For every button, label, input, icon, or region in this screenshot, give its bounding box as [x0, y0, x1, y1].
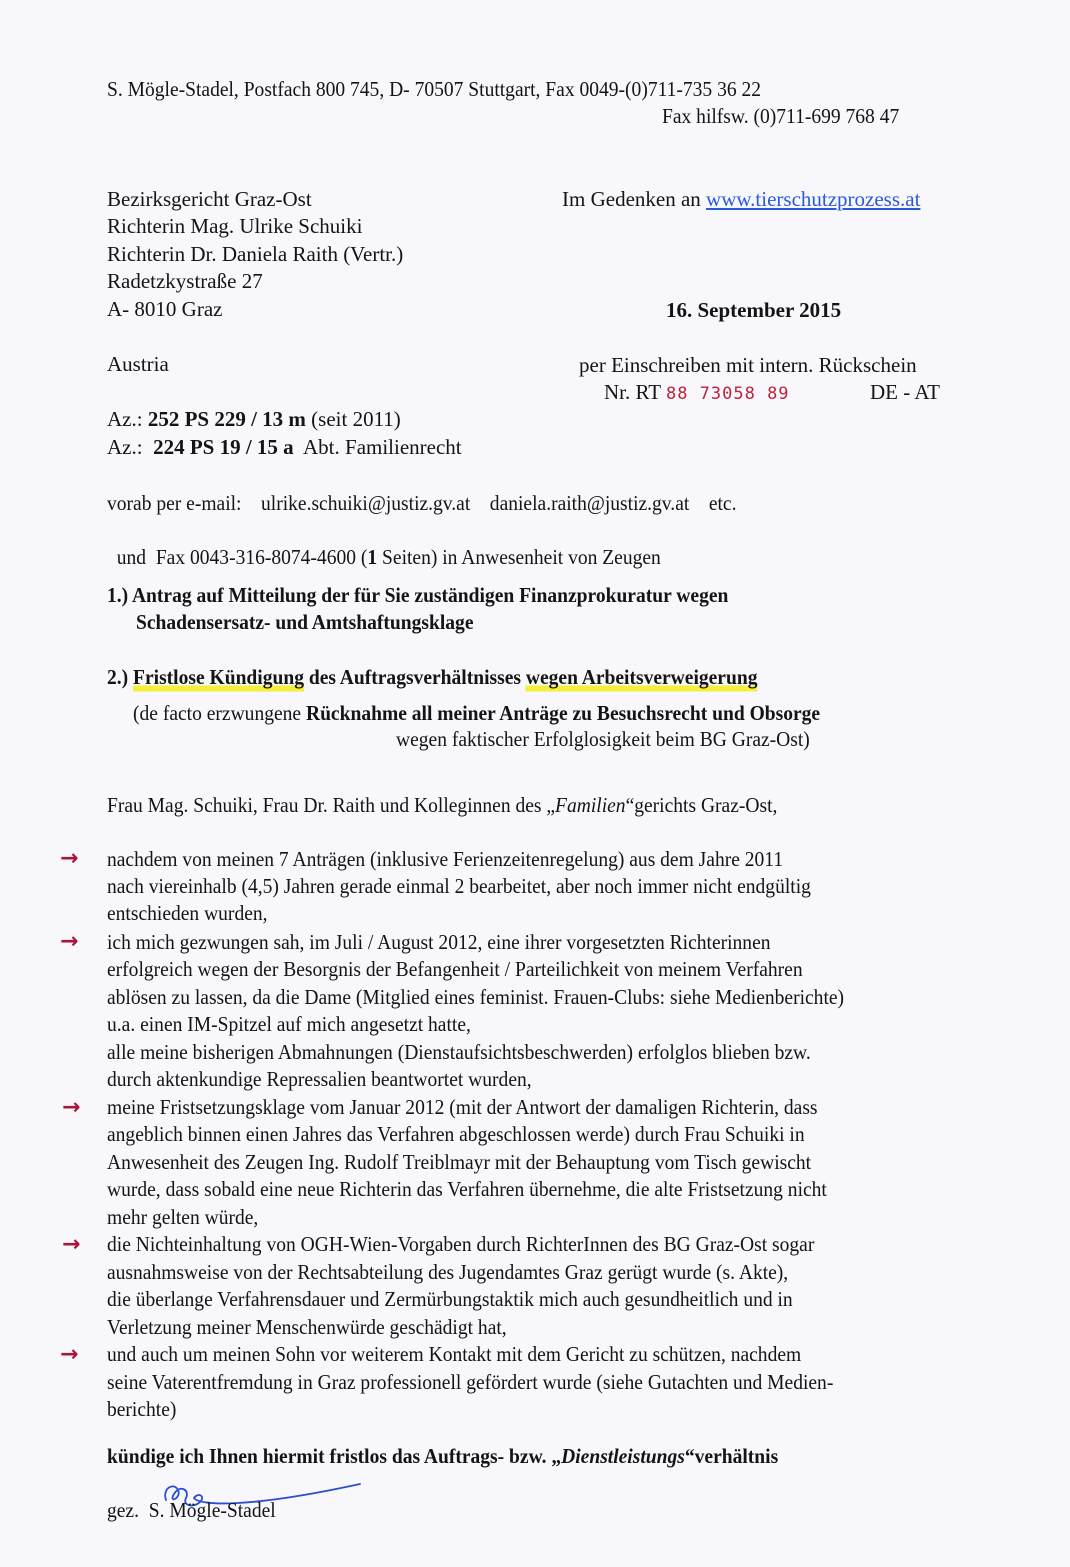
memorial-line: Im Gedenken an www.tierschutzprozess.at	[562, 186, 920, 213]
closing-statement: kündige ich Ihnen hiermit fristlos das A…	[107, 1443, 778, 1470]
case-ref-number: 224 PS 19 / 15 a	[153, 435, 294, 459]
arrow-icon: →	[62, 1094, 80, 1121]
preface-fax: und Fax 0043-316-8074-4600 (1 Seiten) in…	[107, 517, 661, 571]
delivery-route: DE - AT	[870, 379, 940, 406]
closing-b: “verhältnis	[685, 1444, 778, 1468]
subject-2-note-prefix: (de facto erzwungene	[133, 701, 306, 725]
page-count: 1	[367, 545, 377, 569]
recipient-line: Radetzkystraße 27	[107, 268, 263, 295]
body-line: ich mich gezwungen sah, im Juli / August…	[107, 929, 771, 956]
preface-email: vorab per e-mail: ulrike.schuiki@justiz.…	[107, 490, 736, 517]
body-line: ablösen zu lassen, da die Dame (Mitglied…	[107, 984, 844, 1011]
body-line: mehr gelten würde,	[107, 1204, 258, 1231]
case-ref-suffix: Abt. Familienrecht	[294, 435, 462, 459]
recipient-line: Richterin Dr. Daniela Raith (Vertr.)	[107, 241, 403, 268]
subject-1-line1: 1.) Antrag auf Mitteilung der für Sie zu…	[107, 582, 728, 609]
body-line: wurde, dass sobald eine neue Richterin d…	[107, 1176, 827, 1203]
salutation: Frau Mag. Schuiki, Frau Dr. Raith und Ko…	[107, 792, 777, 819]
body-line: u.a. einen IM-Spitzel auf mich angesetzt…	[107, 1011, 471, 1038]
body-line: alle meine bisherigen Abmahnungen (Diens…	[107, 1039, 811, 1066]
delivery-method: per Einschreiben mit intern. Rückschein	[579, 352, 917, 379]
recipient-line: A- 8010 Graz	[107, 296, 222, 323]
body-line: Verletzung meiner Menschenwürde geschädi…	[107, 1314, 507, 1341]
body-line: nachdem von meinen 7 Anträgen (inklusive…	[107, 846, 783, 873]
highlight-arbeitsverweigerung: wegen Arbeitsverweigerung	[526, 665, 758, 692]
body-line: durch aktenkundige Repressalien beantwor…	[107, 1066, 532, 1093]
preface-fax-b: Seiten) in Anwesenheit von Zeugen	[377, 545, 661, 569]
case-ref-number: 252 PS 229 / 13 m	[148, 407, 306, 431]
closing-italic: Dienstleistungs	[561, 1444, 685, 1468]
subject-2-note: (de facto erzwungene Rücknahme all meine…	[133, 700, 820, 727]
subject-2-note-line2: wegen faktischer Erfolglosigkeit beim BG…	[396, 726, 810, 753]
memorial-link[interactable]: www.tierschutzprozess.at	[706, 187, 920, 211]
body-line: und auch um meinen Sohn vor weiterem Kon…	[107, 1341, 801, 1368]
body-line: seine Vaterentfremdung in Graz professio…	[107, 1369, 833, 1396]
closing-a: kündige ich Ihnen hiermit fristlos das A…	[107, 1444, 561, 1468]
case-ref-label: Az.:	[107, 435, 153, 459]
handwritten-tracking-number: 88 73058 89	[666, 384, 790, 404]
body-line: entschieden wurden,	[107, 900, 268, 927]
case-ref-label: Az.:	[107, 407, 148, 431]
letter-date: 16. September 2015	[666, 297, 841, 324]
body-line: ausnahmsweise von der Rechtsabteilung de…	[107, 1259, 788, 1286]
arrow-icon: →	[60, 928, 78, 955]
recipient-line: Bezirksgericht Graz-Ost	[107, 186, 312, 213]
delivery-number: Nr. RT 88 73058 89	[604, 379, 790, 408]
salutation-b: “gerichts Graz-Ost,	[626, 793, 778, 817]
subject-2-middle: des Auftragsverhältnisses	[304, 665, 526, 689]
body-line: meine Fristsetzungsklage vom Januar 2012…	[107, 1094, 818, 1121]
body-line: nach viereinhalb (4,5) Jahren gerade ein…	[107, 873, 811, 900]
sender-address: S. Mögle-Stadel, Postfach 800 745, D- 70…	[107, 76, 761, 103]
salutation-a: Frau Mag. Schuiki, Frau Dr. Raith und Ko…	[107, 793, 555, 817]
case-ref-suffix: (seit 2011)	[306, 407, 401, 431]
body-line: erfolgreich wegen der Besorgnis der Befa…	[107, 956, 803, 983]
body-line: die überlange Verfahrensdauer und Zermür…	[107, 1286, 793, 1313]
salutation-italic: Familien	[555, 793, 626, 817]
signature-name: gez. S. Mögle-Stadel	[107, 1497, 276, 1524]
recipient-line: Richterin Mag. Ulrike Schuiki	[107, 213, 362, 240]
memorial-prefix: Im Gedenken an	[562, 187, 706, 211]
body-line: die Nichteinhaltung von OGH-Wien-Vorgabe…	[107, 1231, 814, 1258]
highlight-fristlose-kuendigung: Fristlose Kündigung	[133, 665, 304, 692]
arrow-icon: →	[62, 1231, 80, 1258]
sender-fax-alt: Fax hilfsw. (0)711-699 768 47	[662, 103, 899, 130]
body-line: Anwesenheit des Zeugen Ing. Rudolf Treib…	[107, 1149, 811, 1176]
recipient-country: Austria	[107, 351, 169, 378]
arrow-icon: →	[60, 845, 78, 872]
case-ref: Az.: 224 PS 19 / 15 a Abt. Familienrecht	[107, 434, 462, 461]
delivery-nr-prefix: Nr. RT	[604, 380, 666, 404]
arrow-icon: →	[60, 1341, 78, 1368]
subject-1-line2: Schadensersatz- und Amtshaftungsklage	[136, 609, 473, 636]
body-line: berichte)	[107, 1396, 176, 1423]
case-ref: Az.: 252 PS 229 / 13 m (seit 2011)	[107, 406, 401, 433]
preface-fax-a: und Fax 0043-316-8074-4600 (	[117, 545, 368, 569]
subject-2-note-bold: Rücknahme all meiner Anträge zu Besuchsr…	[306, 701, 820, 725]
subject-2-prefix: 2.)	[107, 665, 133, 689]
subject-2: 2.) Fristlose Kündigung des Auftragsverh…	[107, 664, 757, 691]
body-line: angeblich binnen einen Jahres das Verfah…	[107, 1121, 805, 1148]
